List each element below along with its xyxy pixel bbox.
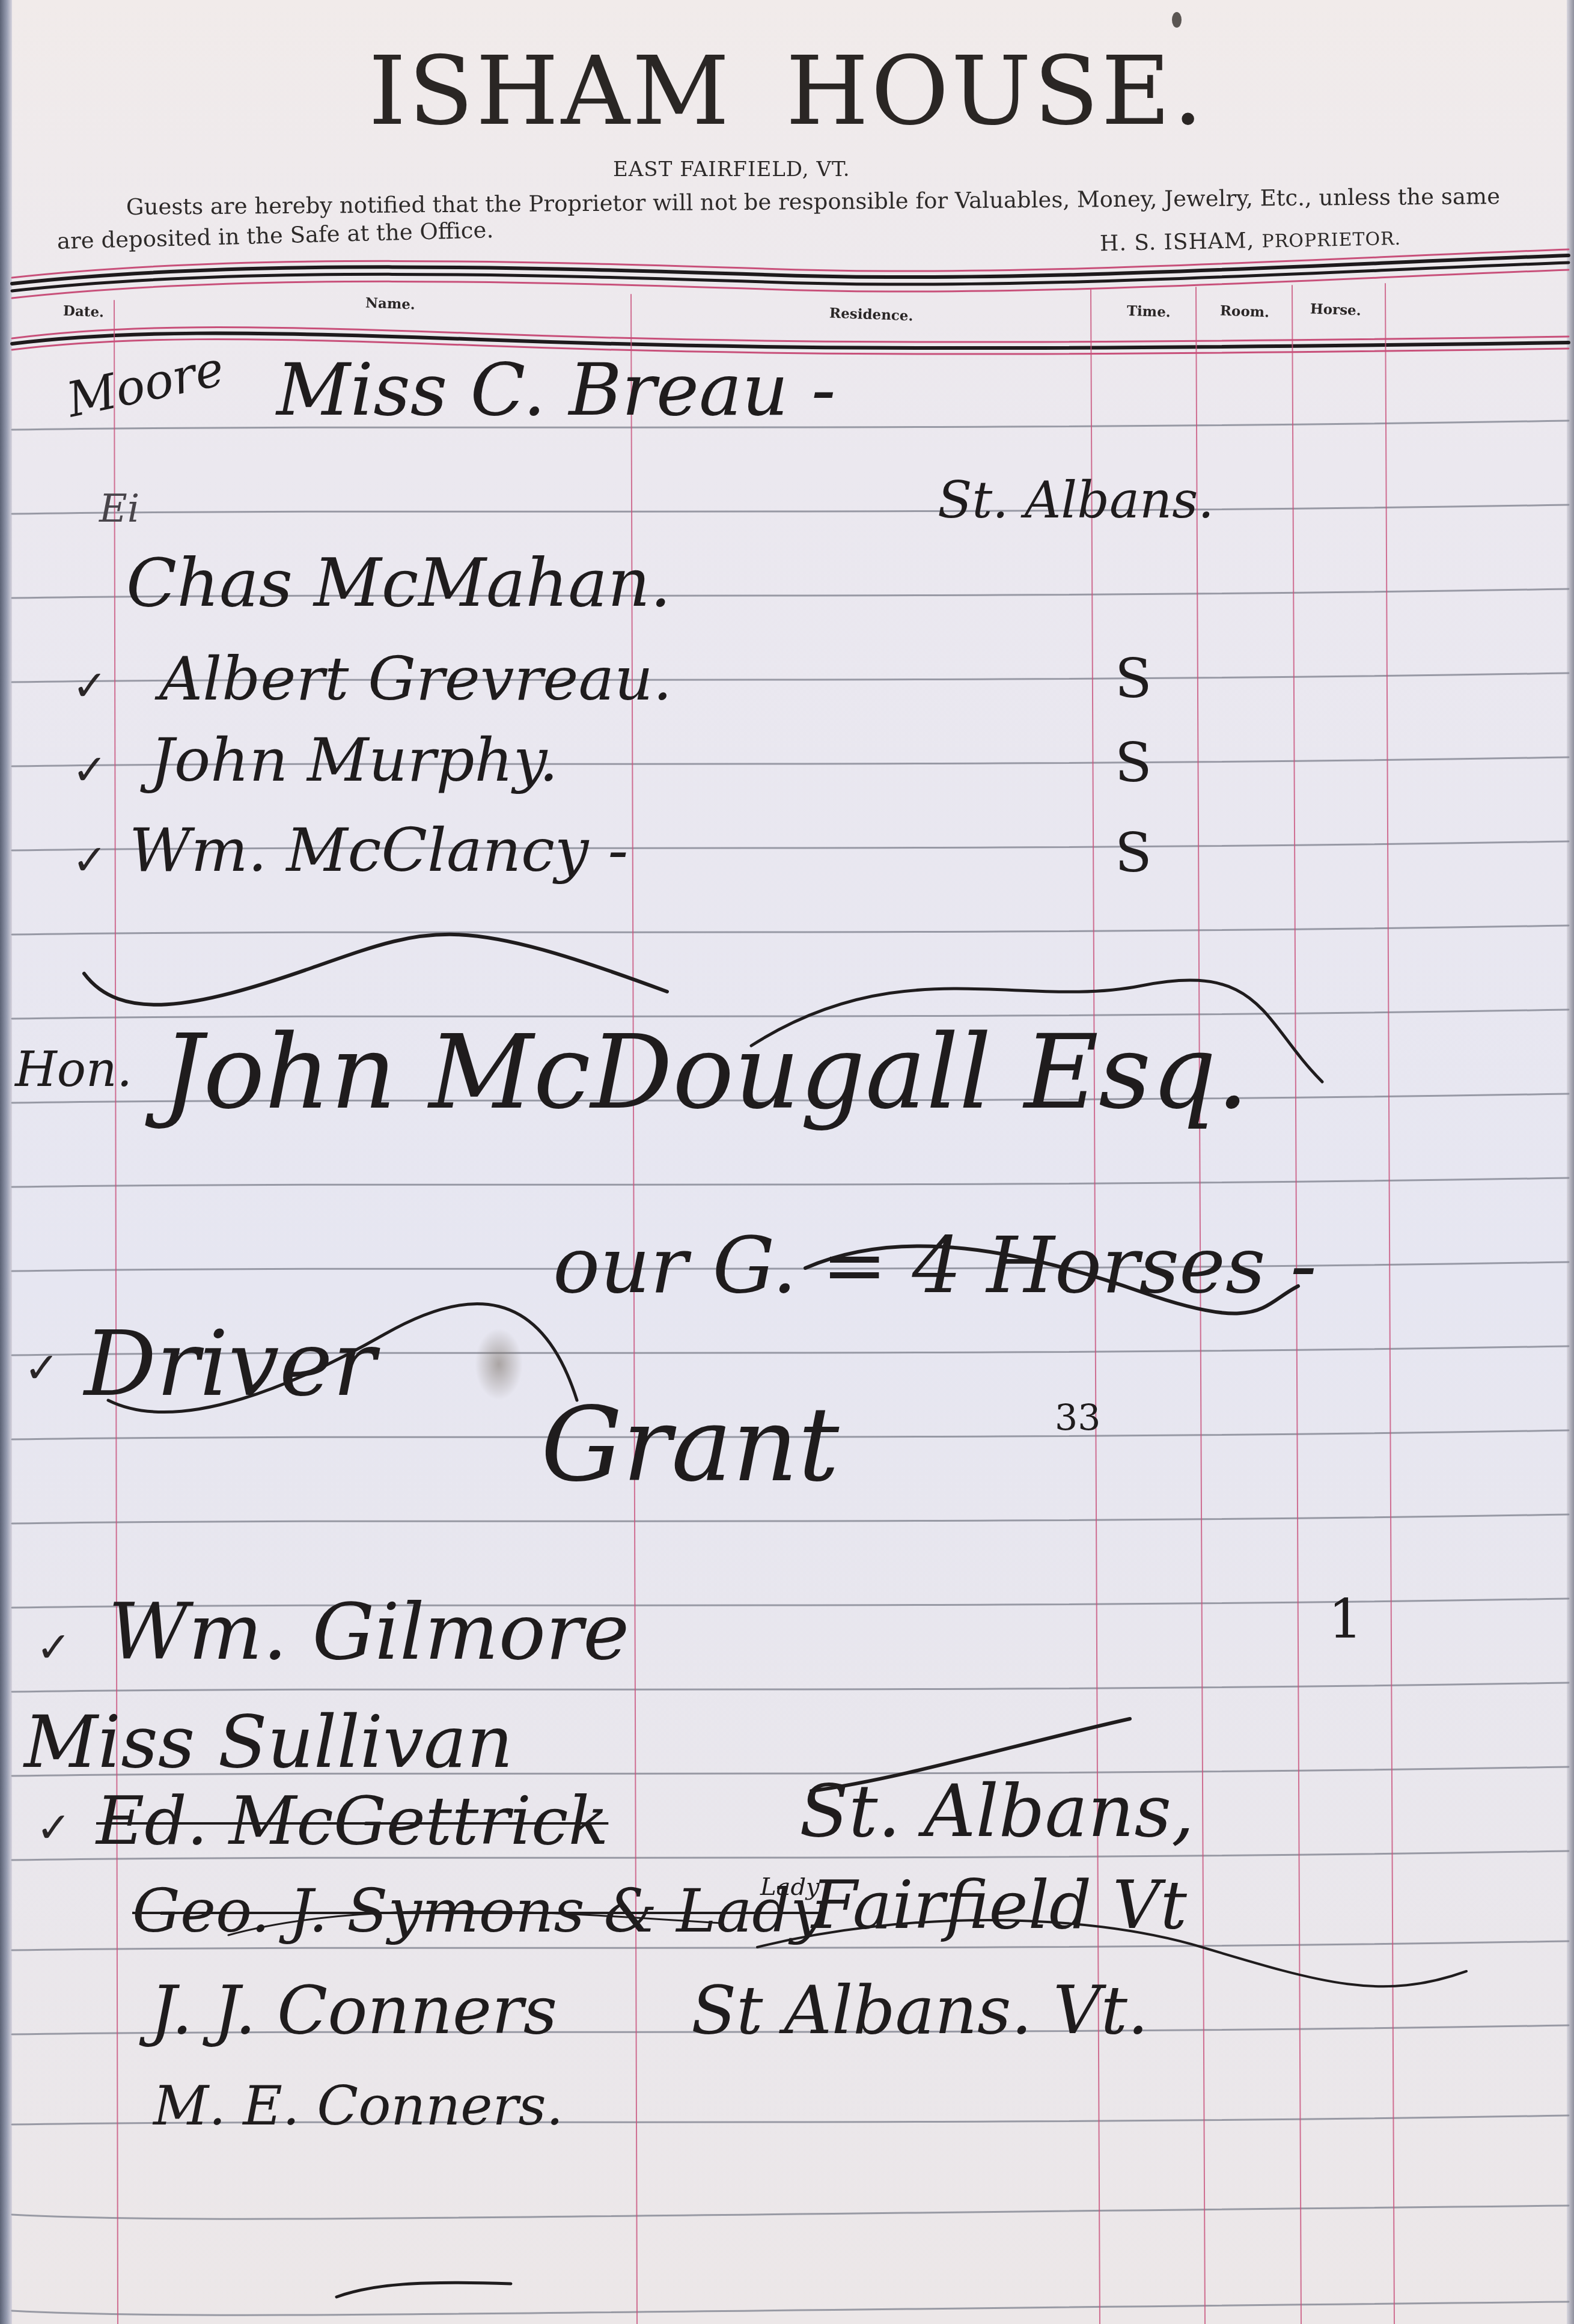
entry-14-residence: St Albans. Vt.	[691, 1977, 1148, 2043]
entry-12-name-struck: Ed. McGettrick	[96, 1783, 608, 1859]
entry-9-checkmark: ✓	[24, 1343, 59, 1392]
entry-14-name: J. J. Conners	[150, 1977, 557, 2043]
entry-13-residence: Fairfield Vt	[811, 1872, 1187, 1938]
entry-12-name: Ed. McGettrick	[96, 1788, 608, 1854]
entry-13-name: Geo. J. Symons & Lady	[132, 1881, 825, 1941]
entry-12-residence: St. Albans,	[799, 1776, 1194, 1848]
entry-9-name: Driver	[84, 1319, 376, 1409]
entry-7-name: John McDougall Esq.	[162, 1022, 1249, 1124]
ledger-page: ISHAMHOUSE. EAST FAIRFIELD, VT. Guests a…	[0, 0, 1574, 2324]
water-stain	[475, 1328, 523, 1400]
entry-10-checkmark: ✓	[36, 1623, 72, 1672]
entry-12-checkmark: ✓	[36, 1803, 72, 1852]
entry-10-room: 1	[1328, 1593, 1362, 1647]
entry-9-superscript: 33	[1055, 1400, 1100, 1436]
entry-11-name: Miss Sullivan	[24, 1707, 513, 1779]
entry-15-name: M. E. Conners.	[153, 2079, 563, 2133]
entry-13-name-struck: Geo. J. Symons & Lady	[132, 1876, 825, 1946]
entry-10-name: Wm. Gilmore	[108, 1593, 629, 1671]
entry-8-residence: our G. = 4 Horses -	[553, 1226, 1317, 1304]
entry-9-residence: Grant	[541, 1394, 839, 1496]
entry-7-date: Hon.	[15, 1046, 132, 1094]
